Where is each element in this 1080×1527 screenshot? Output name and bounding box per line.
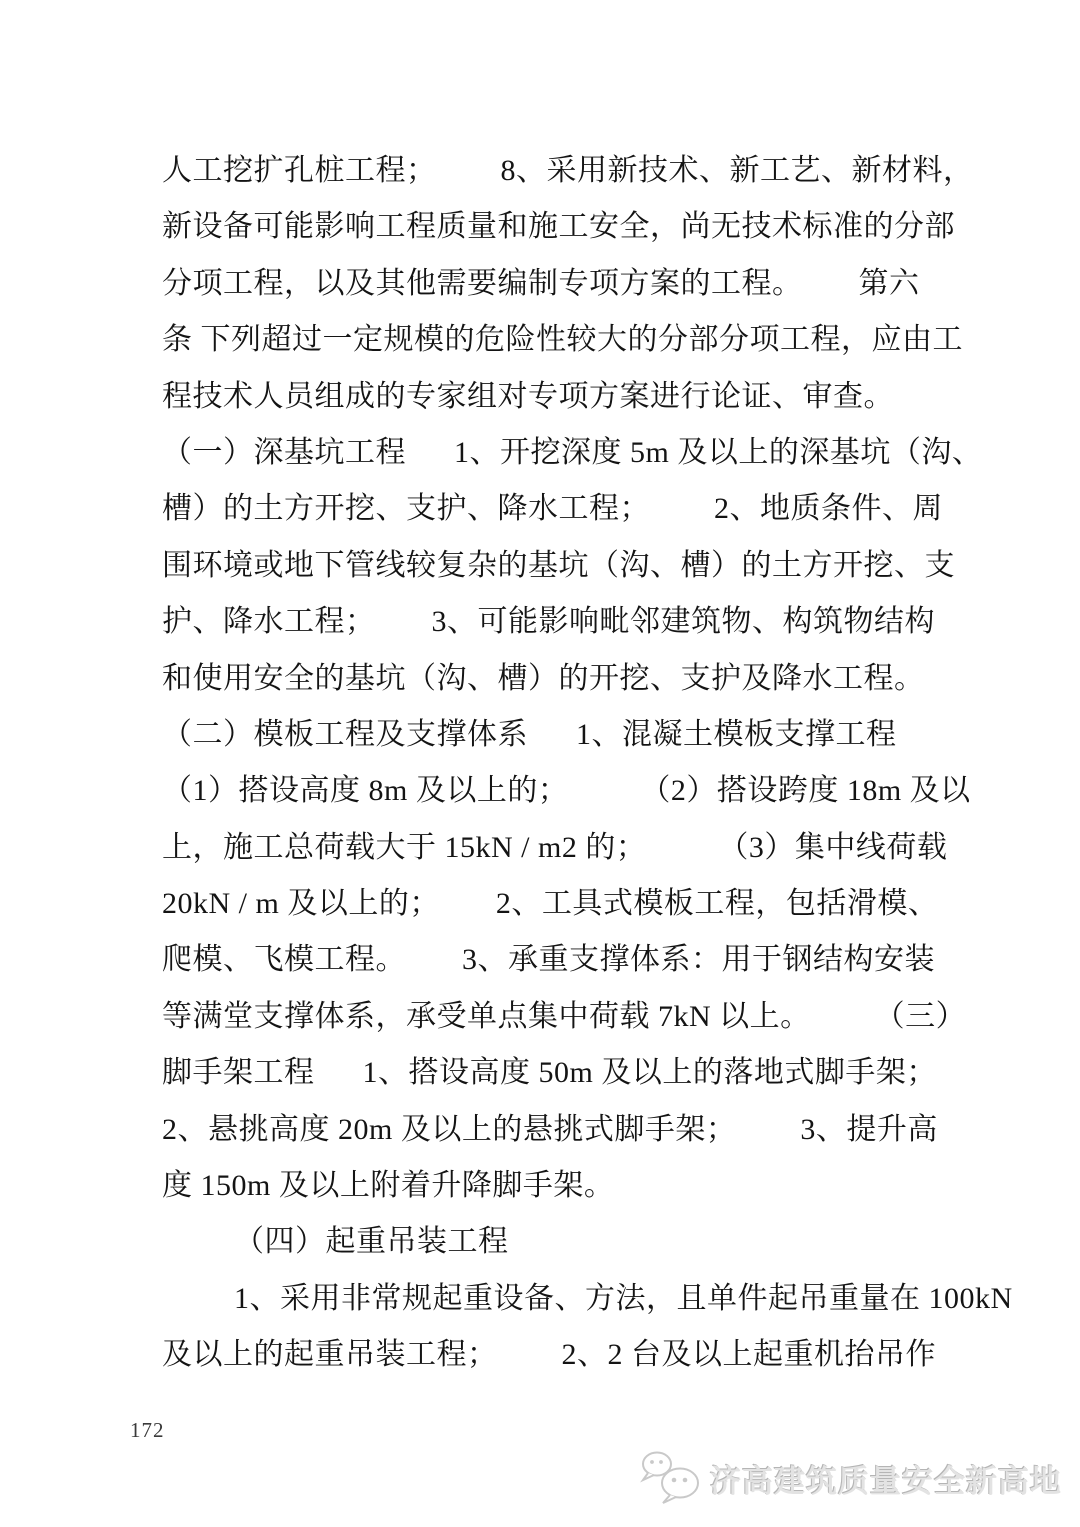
doc-line: 程技术人员组成的专家组对专项方案进行论证、审查。 [162,369,934,425]
document-body: 人工挖扩孔桩工程； 8、采用新技术、新工艺、新材料， 新设备可能影响工程质量和施… [162,143,934,1384]
doc-line: 1、采用非常规起重设备、方法，且单件起吊重量在 100kN [162,1271,934,1327]
doc-line: （1）搭设高度 8m 及以上的； （2）搭设跨度 18m 及以 [162,763,934,819]
doc-line: 等满堂支撑体系，承受单点集中荷载 7kN 以上。 （三） [162,989,934,1045]
doc-line: 度 150m 及以上附着升降脚手架。 [162,1158,934,1214]
doc-line: 上，施工总荷载大于 15kN / m2 的； （3）集中线荷载 [162,820,934,876]
doc-line: 2、悬挑高度 20m 及以上的悬挑式脚手架； 3、提升高 [162,1102,934,1158]
document-page: 人工挖扩孔桩工程； 8、采用新技术、新工艺、新材料， 新设备可能影响工程质量和施… [0,0,1080,1527]
doc-line: 和使用安全的基坑（沟、槽）的开挖、支护及降水工程。 [162,651,934,707]
brand-watermark-text: 济高建筑质量安全新高地 [710,1456,1062,1501]
doc-line: 分项工程，以及其他需要编制专项方案的工程。 第六 [162,256,934,312]
doc-line: 及以上的起重吊装工程； 2、2 台及以上起重机抬吊作 [162,1327,934,1383]
wechat-icon [638,1450,702,1506]
doc-line: 护、降水工程； 3、可能影响毗邻建筑物、构筑物结构 [162,594,934,650]
doc-line: 人工挖扩孔桩工程； 8、采用新技术、新工艺、新材料， [162,143,934,199]
doc-line: （一）深基坑工程 1、开挖深度 5m 及以上的深基坑（沟、 [162,425,934,481]
doc-line: （二）模板工程及支撑体系 1、混凝土模板支撑工程 [162,707,934,763]
doc-line: 20kN / m 及以上的； 2、工具式模板工程，包括滑模、 [162,876,934,932]
page-number: 172 [130,1418,165,1443]
doc-line: 脚手架工程 1、搭设高度 50m 及以上的落地式脚手架； [162,1045,934,1101]
brand-watermark: 济高建筑质量安全新高地 [638,1450,1062,1506]
doc-line: 条 下列超过一定规模的危险性较大的分部分项工程，应由工 [162,312,934,368]
doc-line: 槽）的土方开挖、支护、降水工程； 2、地质条件、周 [162,481,934,537]
doc-line: 爬模、飞模工程。 3、承重支撑体系：用于钢结构安装 [162,932,934,988]
doc-line: 围环境或地下管线较复杂的基坑（沟、槽）的土方开挖、支 [162,538,934,594]
doc-line: 新设备可能影响工程质量和施工安全，尚无技术标准的分部 [162,199,934,255]
doc-line: （四）起重吊装工程 [162,1214,934,1270]
